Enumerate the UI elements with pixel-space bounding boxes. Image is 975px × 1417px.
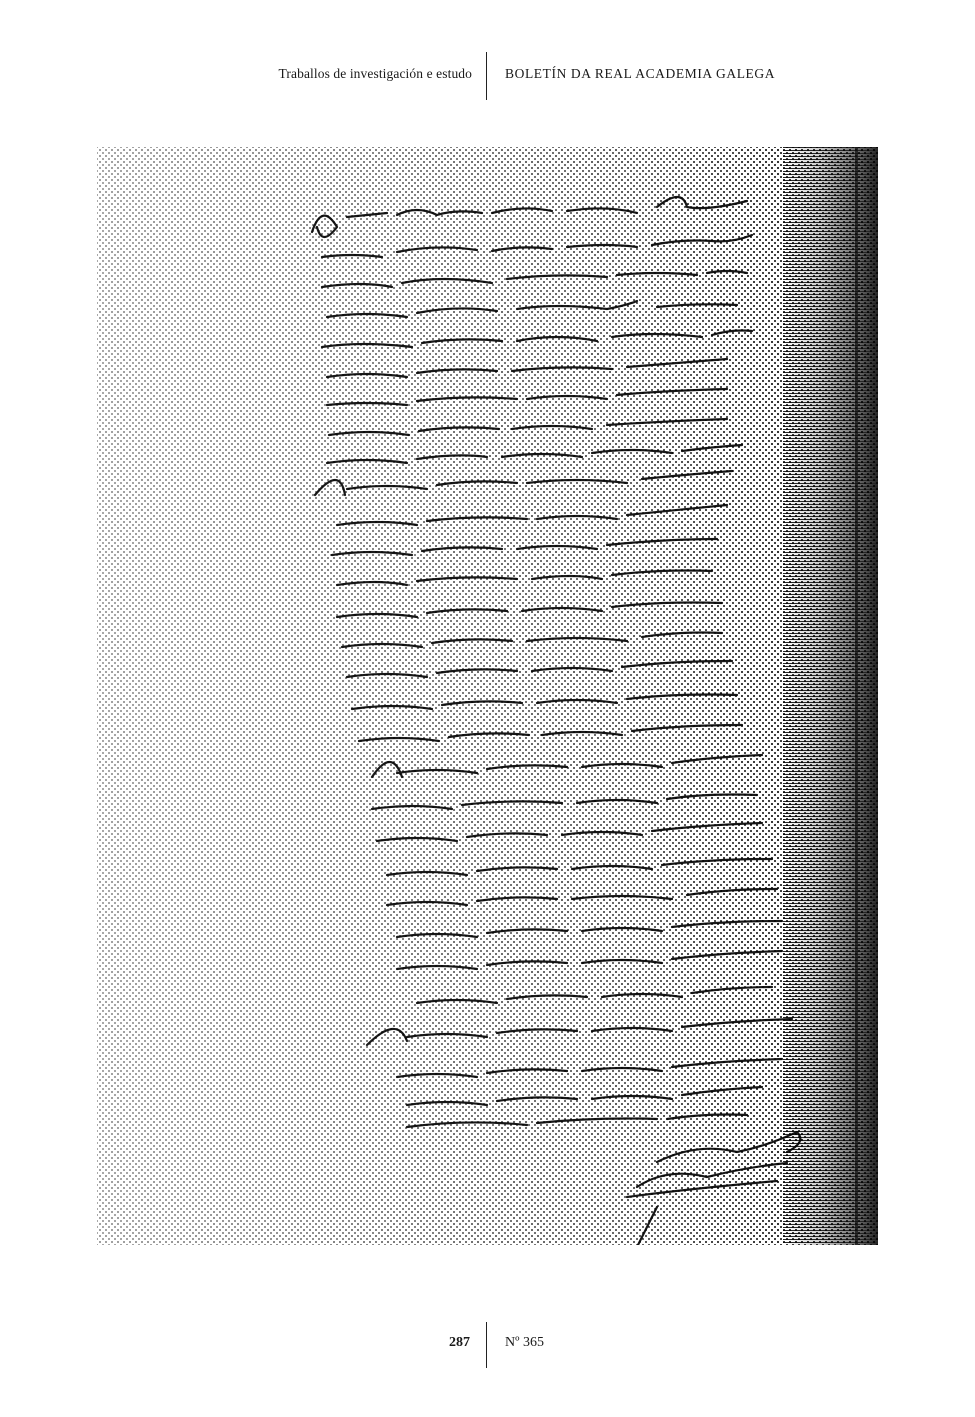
header-divider bbox=[486, 52, 487, 100]
running-header: Traballos de investigación e estudo BOLE… bbox=[0, 52, 975, 100]
manuscript-facsimile-image bbox=[97, 147, 878, 1245]
footer-divider bbox=[486, 1322, 487, 1368]
page-footer: 287 Nº 365 bbox=[0, 1322, 975, 1368]
page-binding-edge bbox=[855, 147, 858, 1245]
section-title: Traballos de investigación e estudo bbox=[279, 66, 472, 82]
journal-title: BOLETÍN DA REAL ACADEMIA GALEGA bbox=[505, 66, 775, 82]
handwritten-text bbox=[97, 147, 878, 1245]
page-gutter-shadow bbox=[783, 147, 878, 1245]
page-number: 287 bbox=[449, 1335, 470, 1351]
issue-number: Nº 365 bbox=[505, 1335, 544, 1351]
